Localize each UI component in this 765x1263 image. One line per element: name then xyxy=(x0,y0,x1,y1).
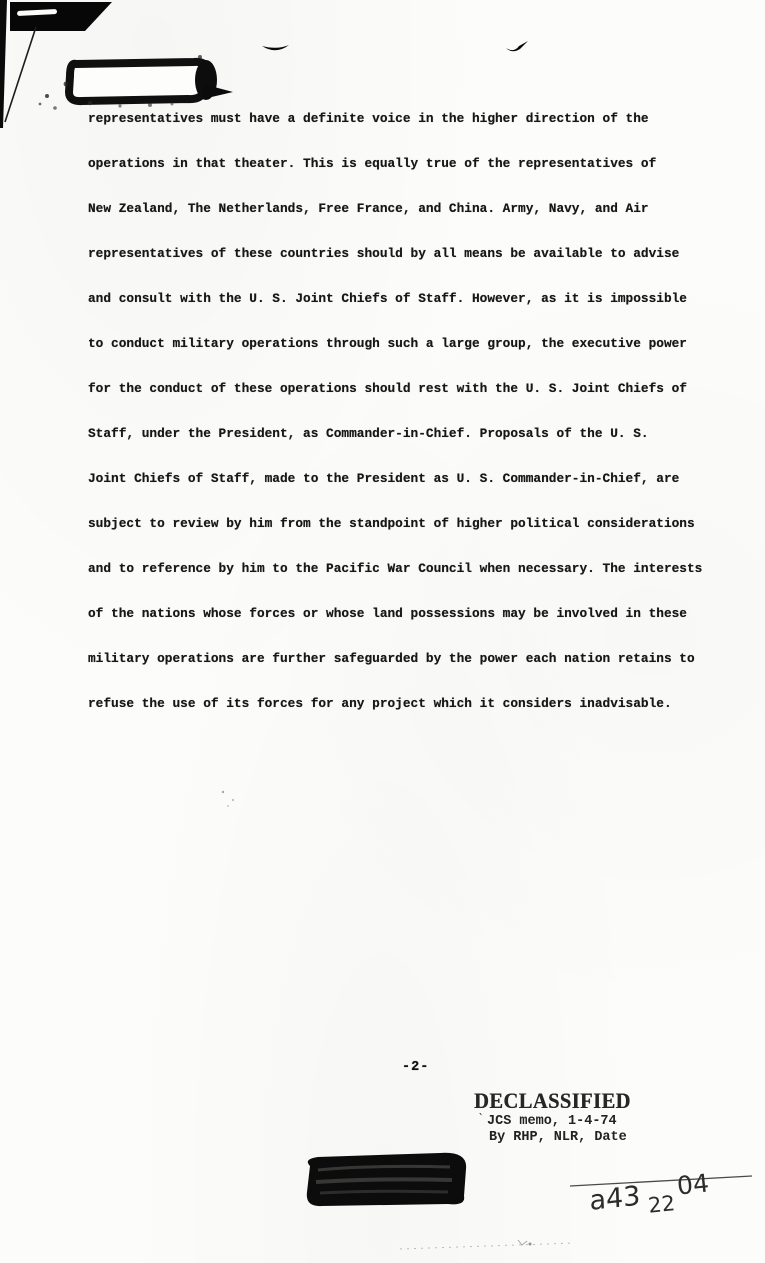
text-line: military operations are further safeguar… xyxy=(88,636,738,681)
declassified-stamp-title: DECLASSIFIED xyxy=(474,1088,631,1114)
text-line: to conduct military operations through s… xyxy=(88,321,738,366)
redaction-blob xyxy=(307,1153,466,1206)
archive-number-part2: 22 xyxy=(647,1191,676,1218)
text-line: subject to review by him from the standp… xyxy=(88,501,738,546)
memo-body: representatives must have a definite voi… xyxy=(88,96,738,726)
text-line: Staff, under the President, as Commander… xyxy=(88,411,738,456)
stamp-authority-line: JCS memo, 1-4-74 xyxy=(487,1114,617,1129)
scanned-memo-page: representatives must have a definite voi… xyxy=(0,0,765,1263)
text-line: and to reference by him to the Pacific W… xyxy=(88,546,738,591)
text-line: and consult with the U. S. Joint Chiefs … xyxy=(88,276,738,321)
text-line: New Zealand, The Netherlands, Free Franc… xyxy=(88,186,738,231)
text-line: refuse the use of its forces for any pro… xyxy=(88,681,738,726)
text-line: representatives must have a definite voi… xyxy=(88,96,738,141)
text-line: of the nations whose forces or whose lan… xyxy=(88,591,738,636)
stamp-signature-line: By RHP, NLR, Date xyxy=(489,1130,627,1145)
ink-smudge-left xyxy=(262,45,289,50)
text-line: operations in that theater. This is equa… xyxy=(88,141,738,186)
ink-smudge-right xyxy=(506,41,528,51)
text-line: Joint Chiefs of Staff, made to the Presi… xyxy=(88,456,738,501)
text-line: for the conduct of these operations shou… xyxy=(88,366,738,411)
archive-number-part3: 04 xyxy=(676,1168,711,1200)
text-line: representatives of these countries shoul… xyxy=(88,231,738,276)
page-number: -2- xyxy=(402,1060,429,1075)
archive-number-part1: a43 xyxy=(589,1181,641,1217)
paper-speck-dots xyxy=(222,791,234,807)
bottom-edge-dots xyxy=(400,1240,575,1249)
